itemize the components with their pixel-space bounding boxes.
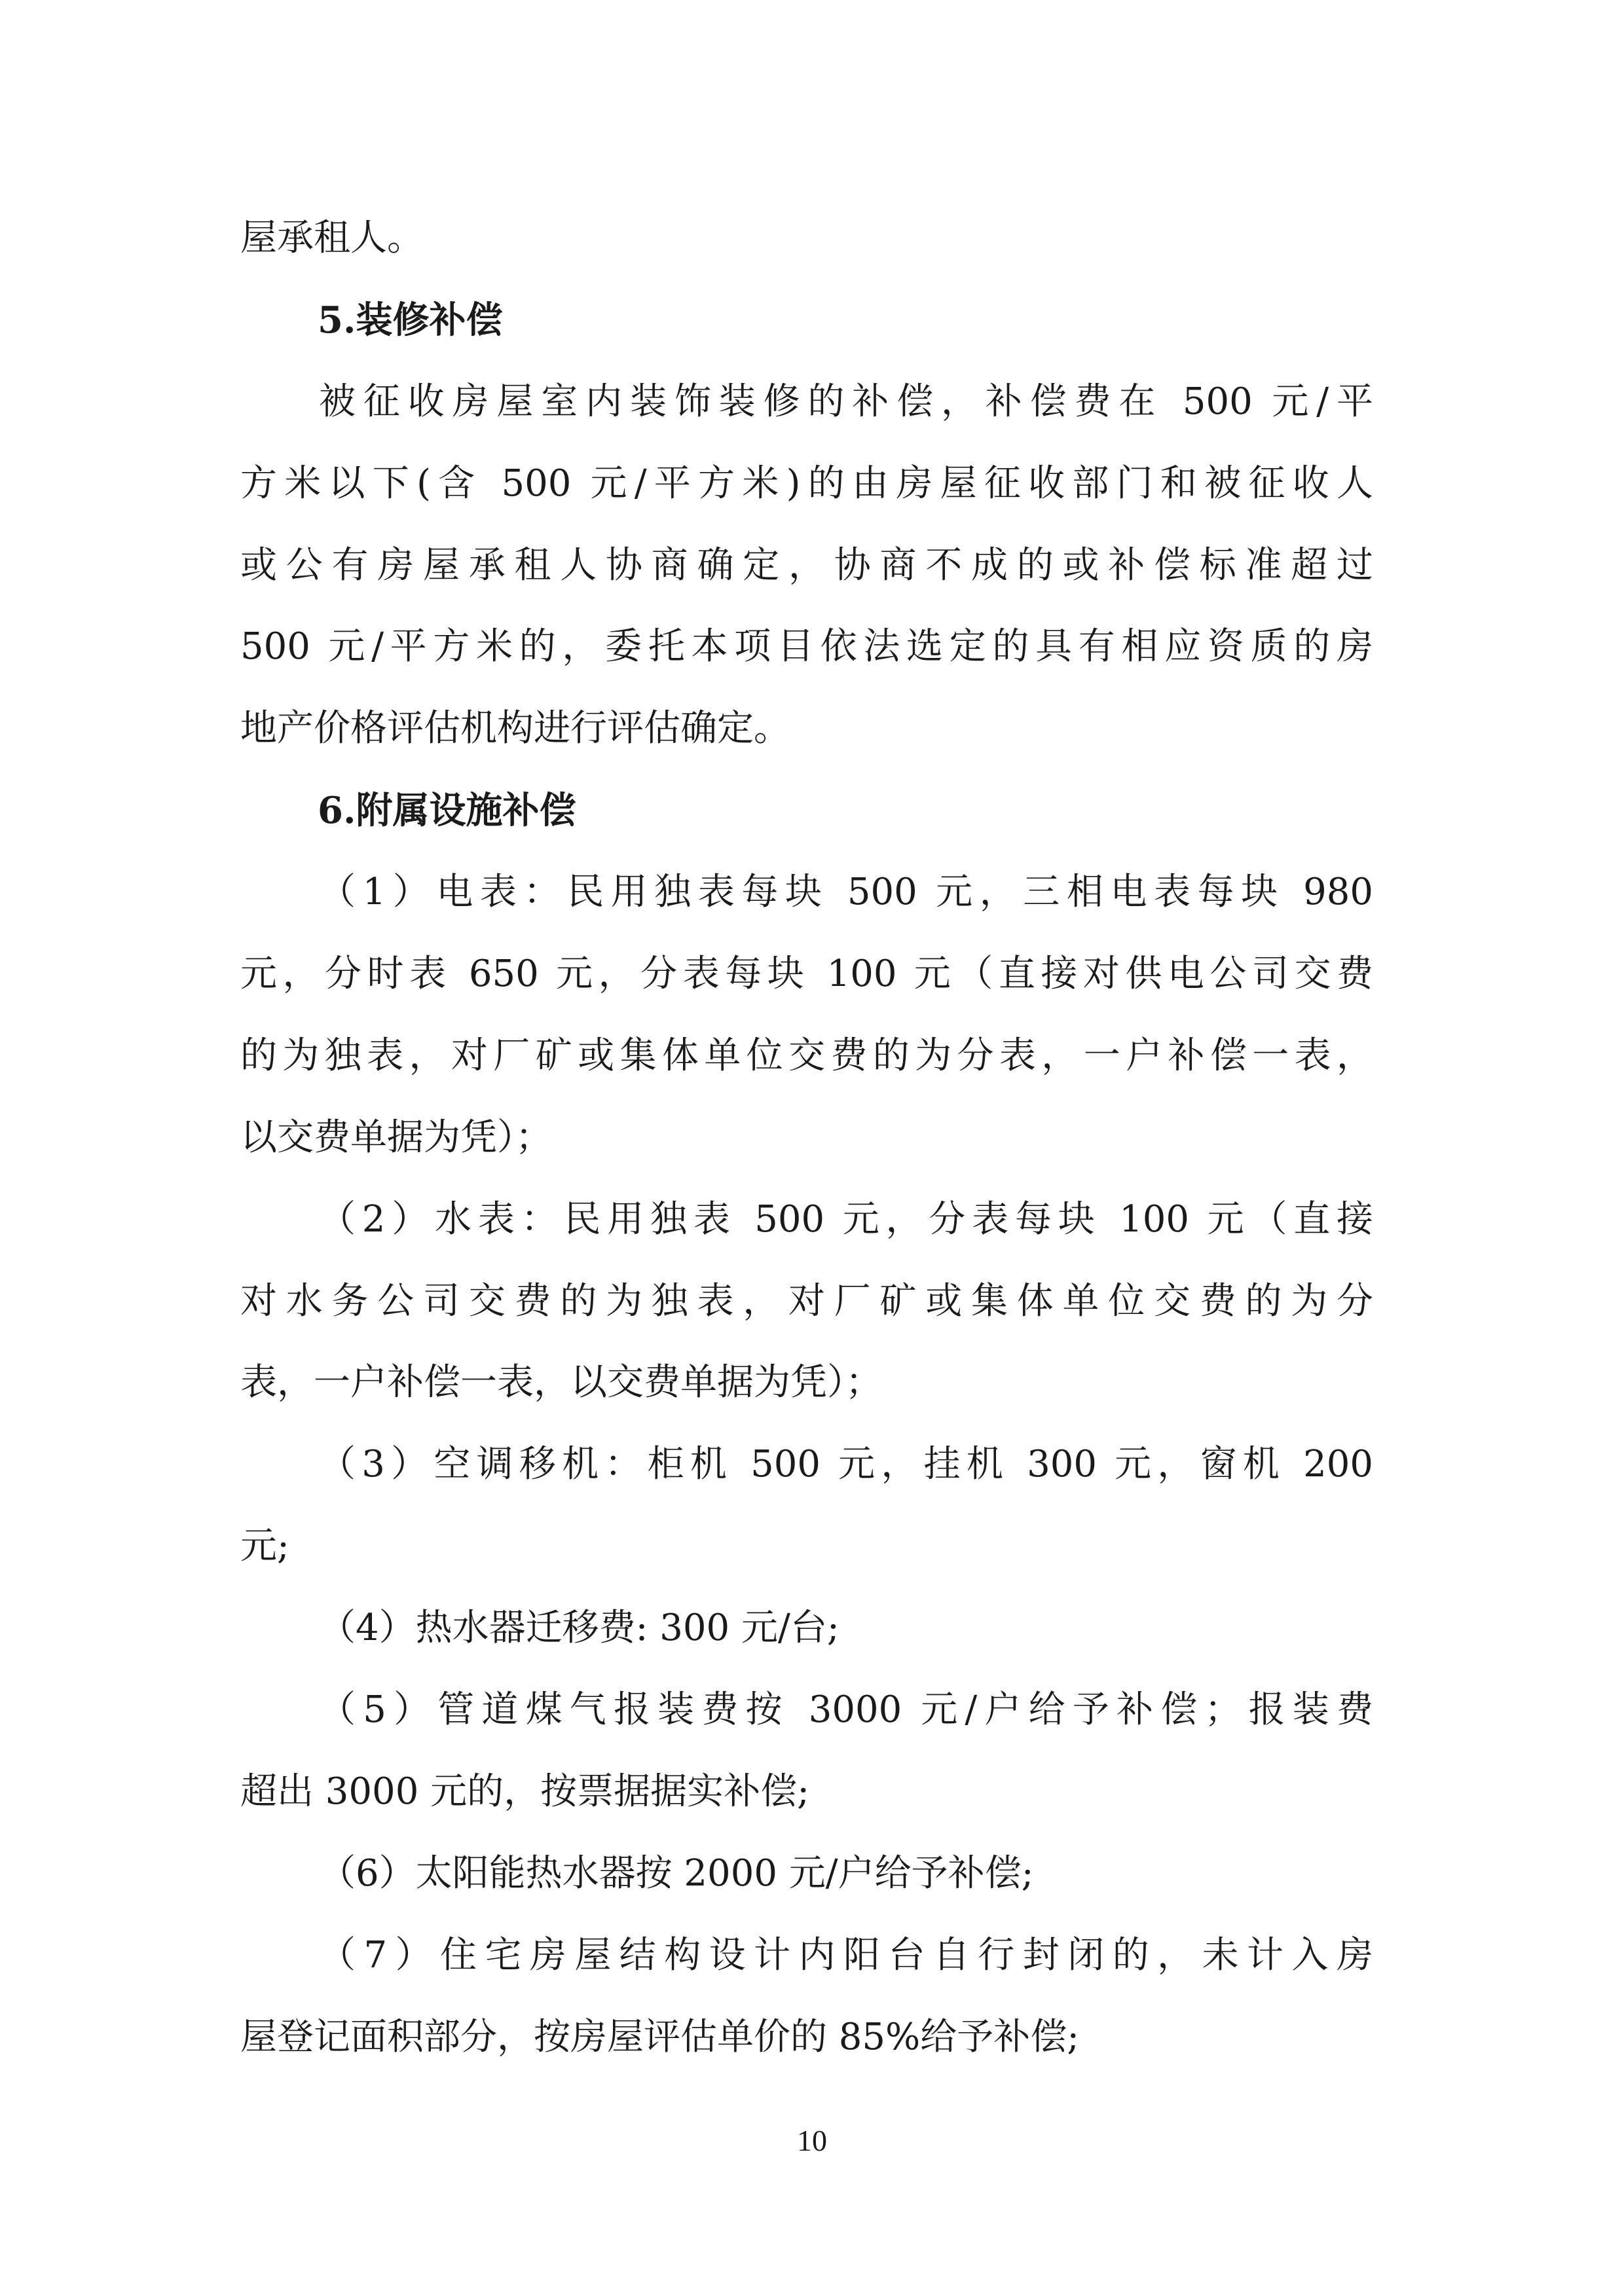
text-line: 超出 3000 元的，按票据据实补偿;: [240, 1751, 1373, 1833]
list-item-electric-meter: （1）电表：民用独表每块 500 元，三相电表每块 980: [240, 852, 1373, 934]
page-number: 10: [0, 2121, 1624, 2160]
heading-text: 6.附属设施补偿: [318, 789, 576, 832]
text-line: 方米以下(含 500 元/平方米)的由房屋征收部门和被征收人: [240, 443, 1373, 525]
text-line: 元;: [240, 1506, 1373, 1588]
text-line: 对水务公司交费的为独表，对厂矿或集体单位交费的为分: [240, 1261, 1373, 1343]
document-body: 屋承租人。 5.装修补偿 被征收房屋室内装饰装修的补偿，补偿费在 500 元/平…: [240, 198, 1373, 2078]
list-item-air-conditioner: （3）空调移机：柜机 500 元，挂机 300 元，窗机 200: [240, 1424, 1373, 1506]
list-item-water-heater: （4）热水器迁移费: 300 元/台;: [240, 1588, 1373, 1669]
line-text: 屋承租人。: [240, 217, 424, 259]
text-line: 表，一户补偿一表，以交费单据为凭）；: [240, 1342, 1373, 1424]
text-line: 地产价格评估机构进行评估确定。: [240, 688, 1373, 770]
list-item-gas-pipeline: （5）管道煤气报装费按 3000 元/户给予补偿；报装费: [240, 1669, 1373, 1751]
text-line: 以交费单据为凭）；: [240, 1097, 1373, 1179]
text-line: 屋登记面积部分，按房屋评估单价的 85%给予补偿;: [240, 1997, 1373, 2079]
list-item-solar-heater: （6）太阳能热水器按 2000 元/户给予补偿;: [240, 1833, 1373, 1915]
heading-text: 5.装修补偿: [318, 299, 502, 342]
text-line: 500 元/平方米的，委托本项目依法选定的具有相应资质的房: [240, 606, 1373, 688]
text-line-continuation: 屋承租人。: [240, 198, 1373, 280]
list-item-water-meter: （2）水表：民用独表 500 元，分表每块 100 元（直接: [240, 1179, 1373, 1261]
text-line: 被征收房屋室内装饰装修的补偿，补偿费在 500 元/平: [240, 361, 1373, 443]
text-line: 元，分时表 650 元，分表每块 100 元（直接对供电公司交费: [240, 934, 1373, 1015]
list-item-balcony: （7）住宅房屋结构设计内阳台自行封闭的，未计入房: [240, 1915, 1373, 1997]
section-heading-ancillary-facilities: 6.附属设施补偿: [240, 770, 1373, 852]
text-line: 的为独表，对厂矿或集体单位交费的为分表，一户补偿一表，: [240, 1015, 1373, 1097]
section-heading-decoration-compensation: 5.装修补偿: [240, 280, 1373, 361]
text-line: 或公有房屋承租人协商确定，协商不成的或补偿标准超过: [240, 525, 1373, 607]
document-page: 屋承租人。 5.装修补偿 被征收房屋室内装饰装修的补偿，补偿费在 500 元/平…: [0, 0, 1624, 2296]
